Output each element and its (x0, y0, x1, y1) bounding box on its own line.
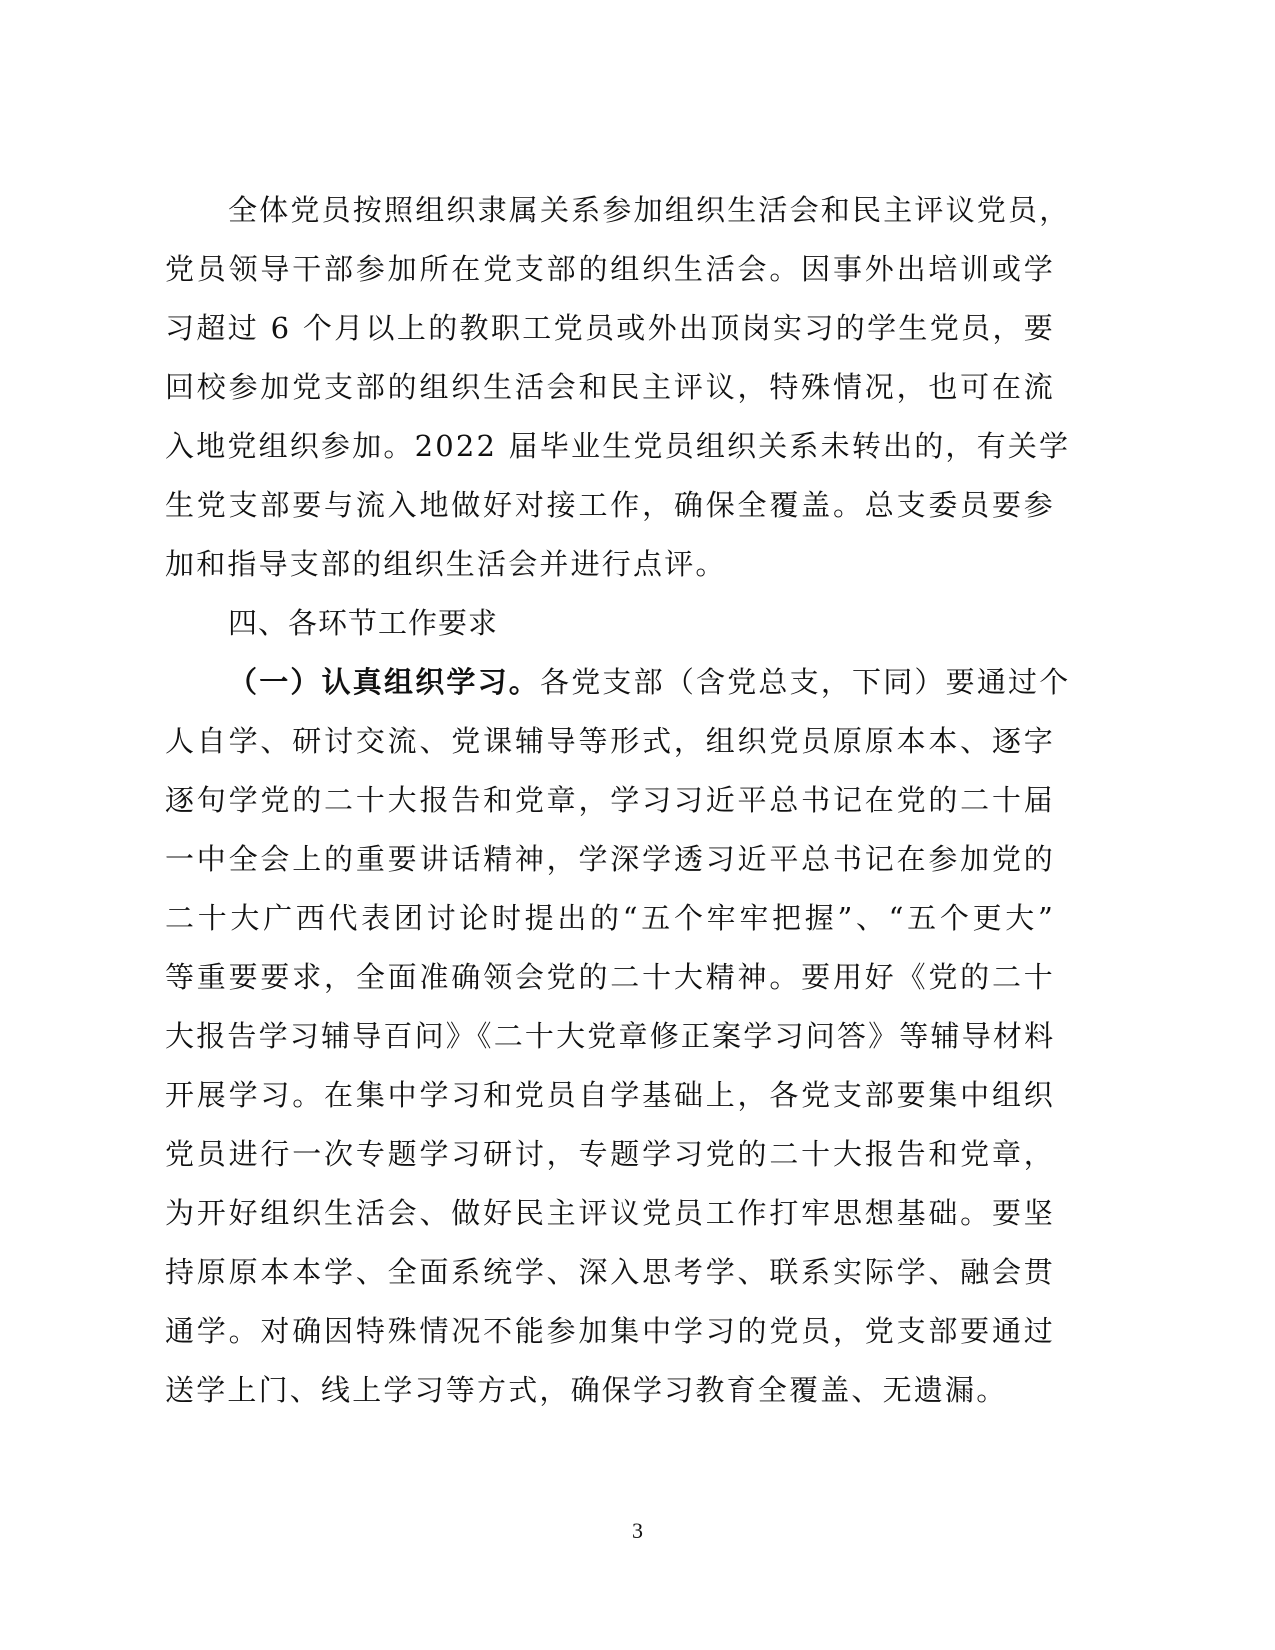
paragraph-2-line-12: 通学。对确因特殊情况不能参加集中学习的党员，党支部要通过 (165, 1311, 1055, 1351)
paragraph-2-line-6: 等重要要求，全面准确领会党的二十大精神。要用好《党的二十 (165, 957, 1055, 997)
paragraph-2-line-9: 党员进行一次专题学习研讨，专题学习党的二十大报告和党章， (165, 1134, 1055, 1174)
paragraph-1-line-7: 加和指导支部的组织生活会并进行点评。 (165, 544, 1055, 584)
paragraph-2-line-13: 送学上门、线上学习等方式，确保学习教育全覆盖、无遗漏。 (165, 1370, 1055, 1410)
paragraph-2-line-8: 开展学习。在集中学习和党员自学基础上，各党支部要集中组织 (165, 1075, 1055, 1115)
paragraph-1-line-5: 入地党组织参加。2022 届毕业生党员组织关系未转出的，有关学 (165, 426, 1055, 466)
subsection-title: （一）认真组织学习。 (228, 665, 540, 699)
paragraph-1-line-3: 习超过 6 个月以上的教职工党员或外出顶岗实习的学生党员，要 (165, 308, 1055, 348)
paragraph-2-line-2: 人自学、研讨交流、党课辅导等形式，组织党员原原本本、逐字 (165, 721, 1055, 761)
paragraph-2-line-3: 逐句学党的二十大报告和党章，学习习近平总书记在党的二十届 (165, 780, 1055, 820)
paragraph-2-line-7: 大报告学习辅导百问》《二十大党章修正案学习问答》等辅导材料 (165, 1016, 1055, 1056)
paragraph-2-line-1-text: 各党支部（含党总支，下同）要通过个 (540, 665, 1070, 699)
paragraph-1-line-2: 党员领导干部参加所在党支部的组织生活会。因事外出培训或学 (165, 249, 1055, 289)
page-number: 3 (0, 1518, 1275, 1544)
paragraph-1-line-6: 生党支部要与流入地做好对接工作，确保全覆盖。总支委员要参 (165, 485, 1055, 525)
paragraph-1-line-4: 回校参加党支部的组织生活会和民主评议，特殊情况，也可在流 (165, 367, 1055, 407)
paragraph-2-line-11: 持原原本本学、全面系统学、深入思考学、联系实际学、融会贯 (165, 1252, 1055, 1292)
paragraph-2-line-5: 二十大广西代表团讨论时提出的“五个牢牢把握”、“五个更大” (165, 898, 1055, 938)
document-page: 全体党员按照组织隶属关系参加组织生活会和民主评议党员， 党员领导干部参加所在党支… (0, 0, 1275, 1650)
paragraph-2-line-4: 一中全会上的重要讲话精神，学深学透习近平总书记在参加党的 (165, 839, 1055, 879)
paragraph-2-line-10: 为开好组织生活会、做好民主评议党员工作打牢思想基础。要坚 (165, 1193, 1055, 1233)
section-heading: 四、各环节工作要求 (228, 603, 1055, 643)
paragraph-2-line-1: （一）认真组织学习。各党支部（含党总支，下同）要通过个 (228, 662, 1055, 702)
paragraph-1-line-1: 全体党员按照组织隶属关系参加组织生活会和民主评议党员， (228, 190, 1055, 230)
